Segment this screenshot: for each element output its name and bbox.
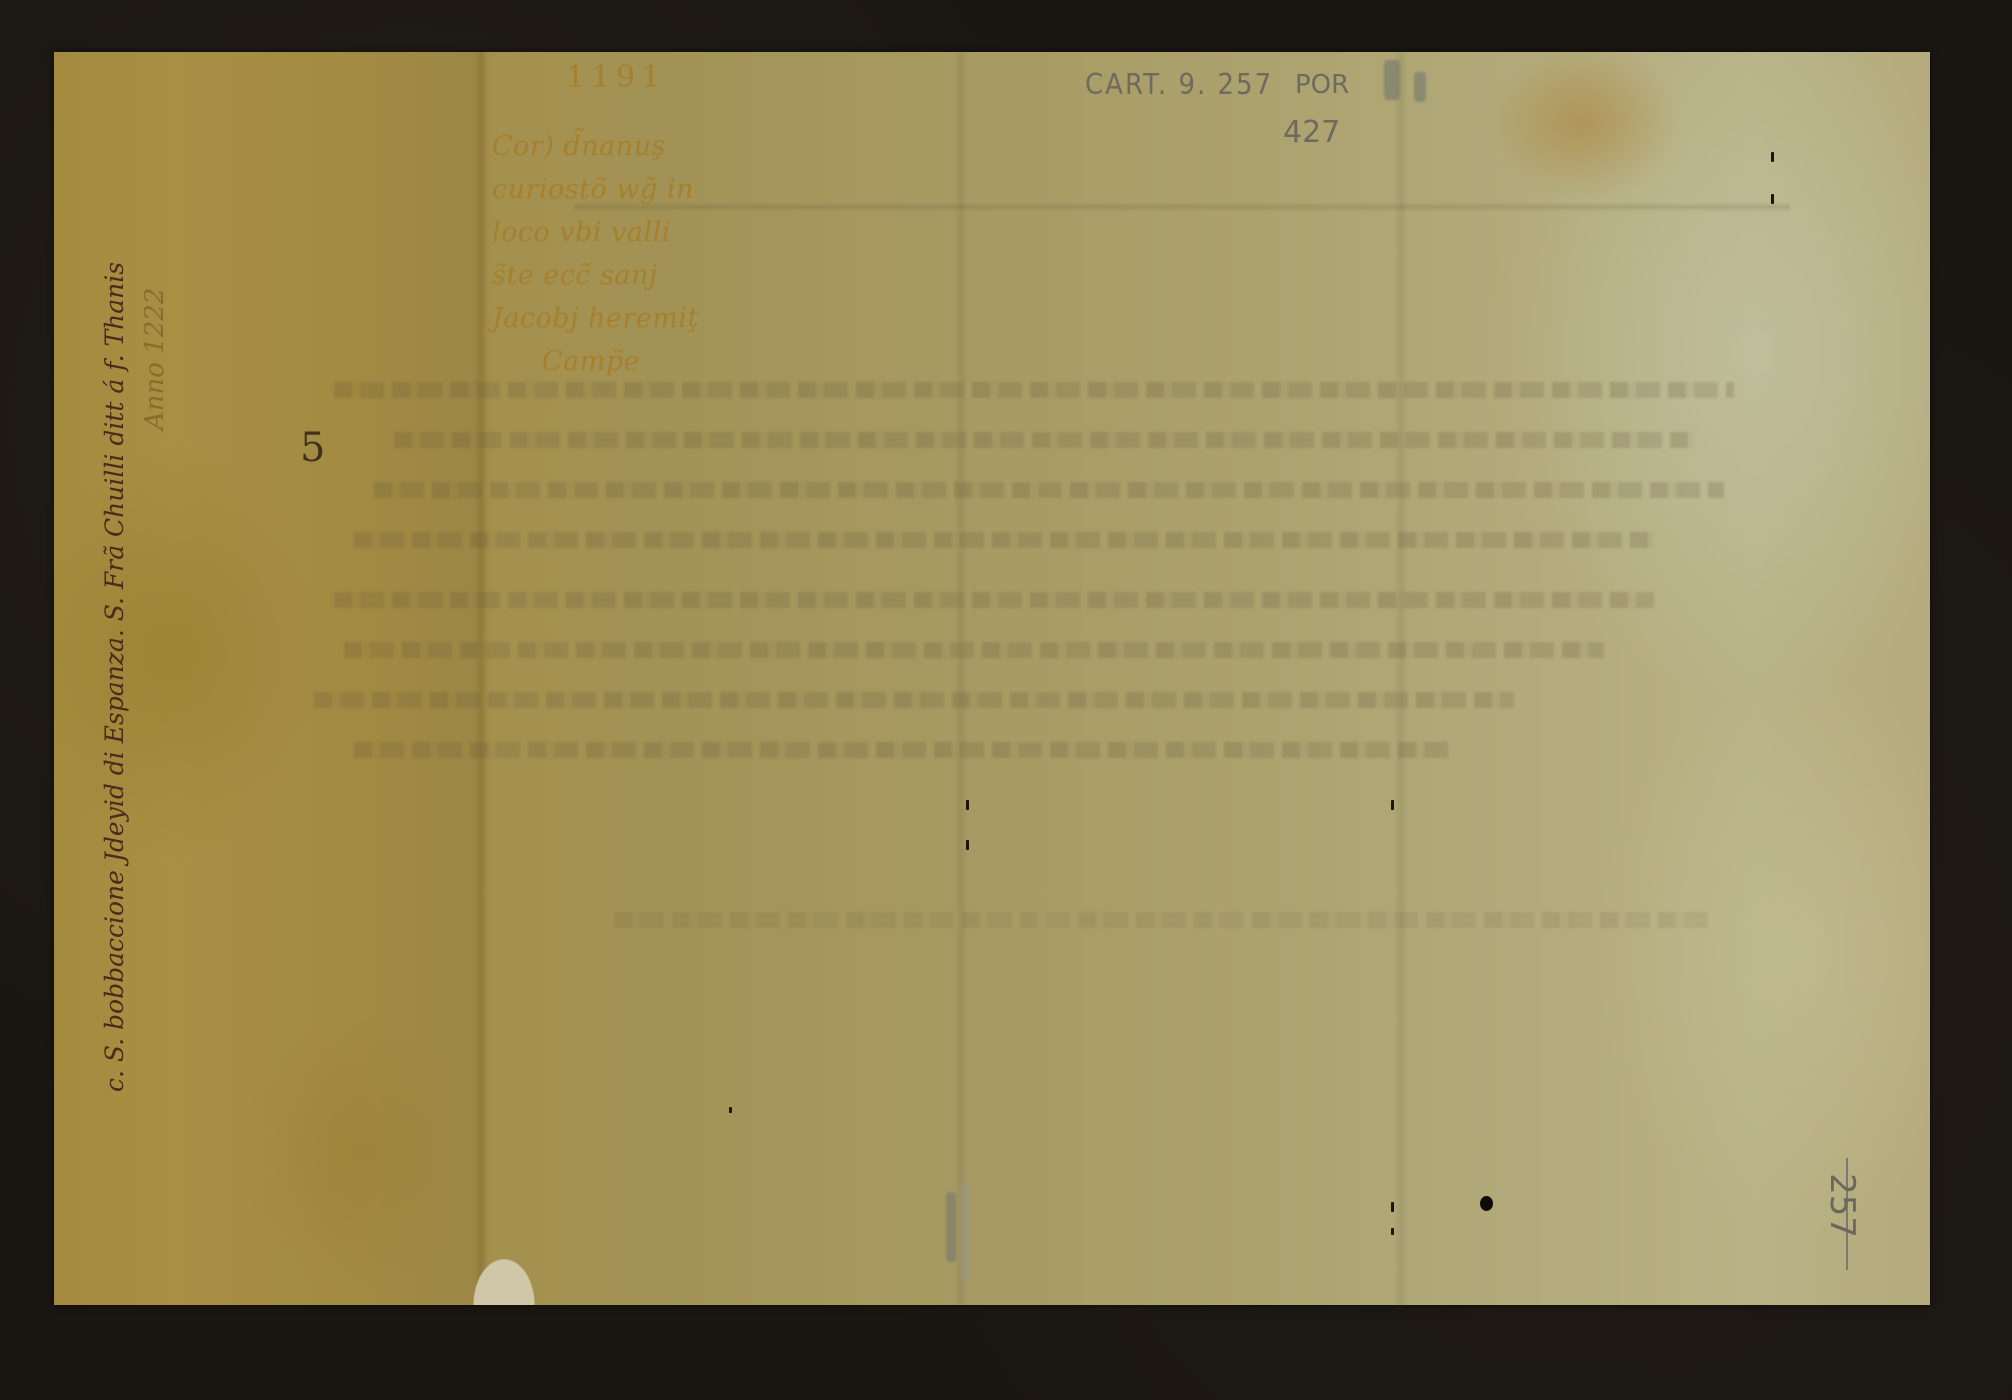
dorsal-note-line: s̃te ecc̃ sanj bbox=[492, 254, 699, 297]
bleed-through-signature bbox=[614, 912, 1714, 928]
archival-reference: CART. 9. 257 bbox=[1085, 69, 1273, 102]
por-label: POR bbox=[1295, 70, 1349, 100]
pricking-mark bbox=[1391, 1202, 1394, 1212]
dorsal-note-line: curiostõ wg̃ in bbox=[492, 168, 699, 211]
pencil-smudge bbox=[1384, 60, 1400, 100]
bleed-through-text bbox=[374, 482, 1724, 498]
bleed-through-text bbox=[334, 382, 1734, 398]
por-number: 427 bbox=[1283, 115, 1340, 150]
pricking-mark bbox=[1771, 152, 1774, 162]
bleed-through-text bbox=[344, 642, 1604, 658]
vertical-fold-crease bbox=[954, 52, 968, 1305]
bottom-right-pencil-number: 257 bbox=[1822, 1173, 1862, 1238]
dorsal-note-line: Camp̃e bbox=[492, 340, 699, 383]
pricking-mark bbox=[966, 840, 969, 850]
pricking-mark bbox=[1391, 800, 1394, 810]
dorsal-note-line: Cor) d̃nanuş bbox=[492, 125, 699, 168]
vertical-ink-note: c. S. bobbaccione Jdeyid di Espanza. S. … bbox=[100, 262, 129, 1092]
page-number: 5 bbox=[300, 425, 325, 471]
pricking-mark bbox=[1391, 1228, 1394, 1235]
bleed-through-line bbox=[574, 202, 1790, 212]
bleed-through-text bbox=[394, 432, 1694, 448]
dorsal-year-annotation: 1191 bbox=[566, 60, 666, 95]
bleed-through-text bbox=[314, 692, 1514, 708]
pin-hole bbox=[1480, 1196, 1493, 1211]
pricking-mark bbox=[1771, 194, 1774, 204]
pricking-mark bbox=[729, 1107, 732, 1113]
dorsal-note-line: loco vbi valli bbox=[492, 211, 699, 254]
vertical-fold-crease bbox=[474, 52, 488, 1305]
parchment-document bbox=[54, 52, 1930, 1305]
pencil-smudge bbox=[946, 1192, 956, 1262]
parchment-tear bbox=[449, 1230, 559, 1305]
dorsal-note-line: Jacobj heremiţ bbox=[492, 297, 699, 340]
pencil-smudge bbox=[1414, 72, 1426, 102]
bleed-through-text bbox=[334, 592, 1654, 608]
pencil-smudge bbox=[960, 1182, 970, 1282]
pricking-mark bbox=[966, 800, 969, 810]
bleed-through-text bbox=[354, 532, 1654, 548]
dorsal-note: Cor) d̃nanuş curiostõ wg̃ in loco vbi v… bbox=[492, 125, 699, 383]
bleed-through-text bbox=[354, 742, 1454, 758]
vertical-fold-crease bbox=[1394, 52, 1408, 1305]
vertical-year-note: Anno 1222 bbox=[140, 288, 170, 430]
